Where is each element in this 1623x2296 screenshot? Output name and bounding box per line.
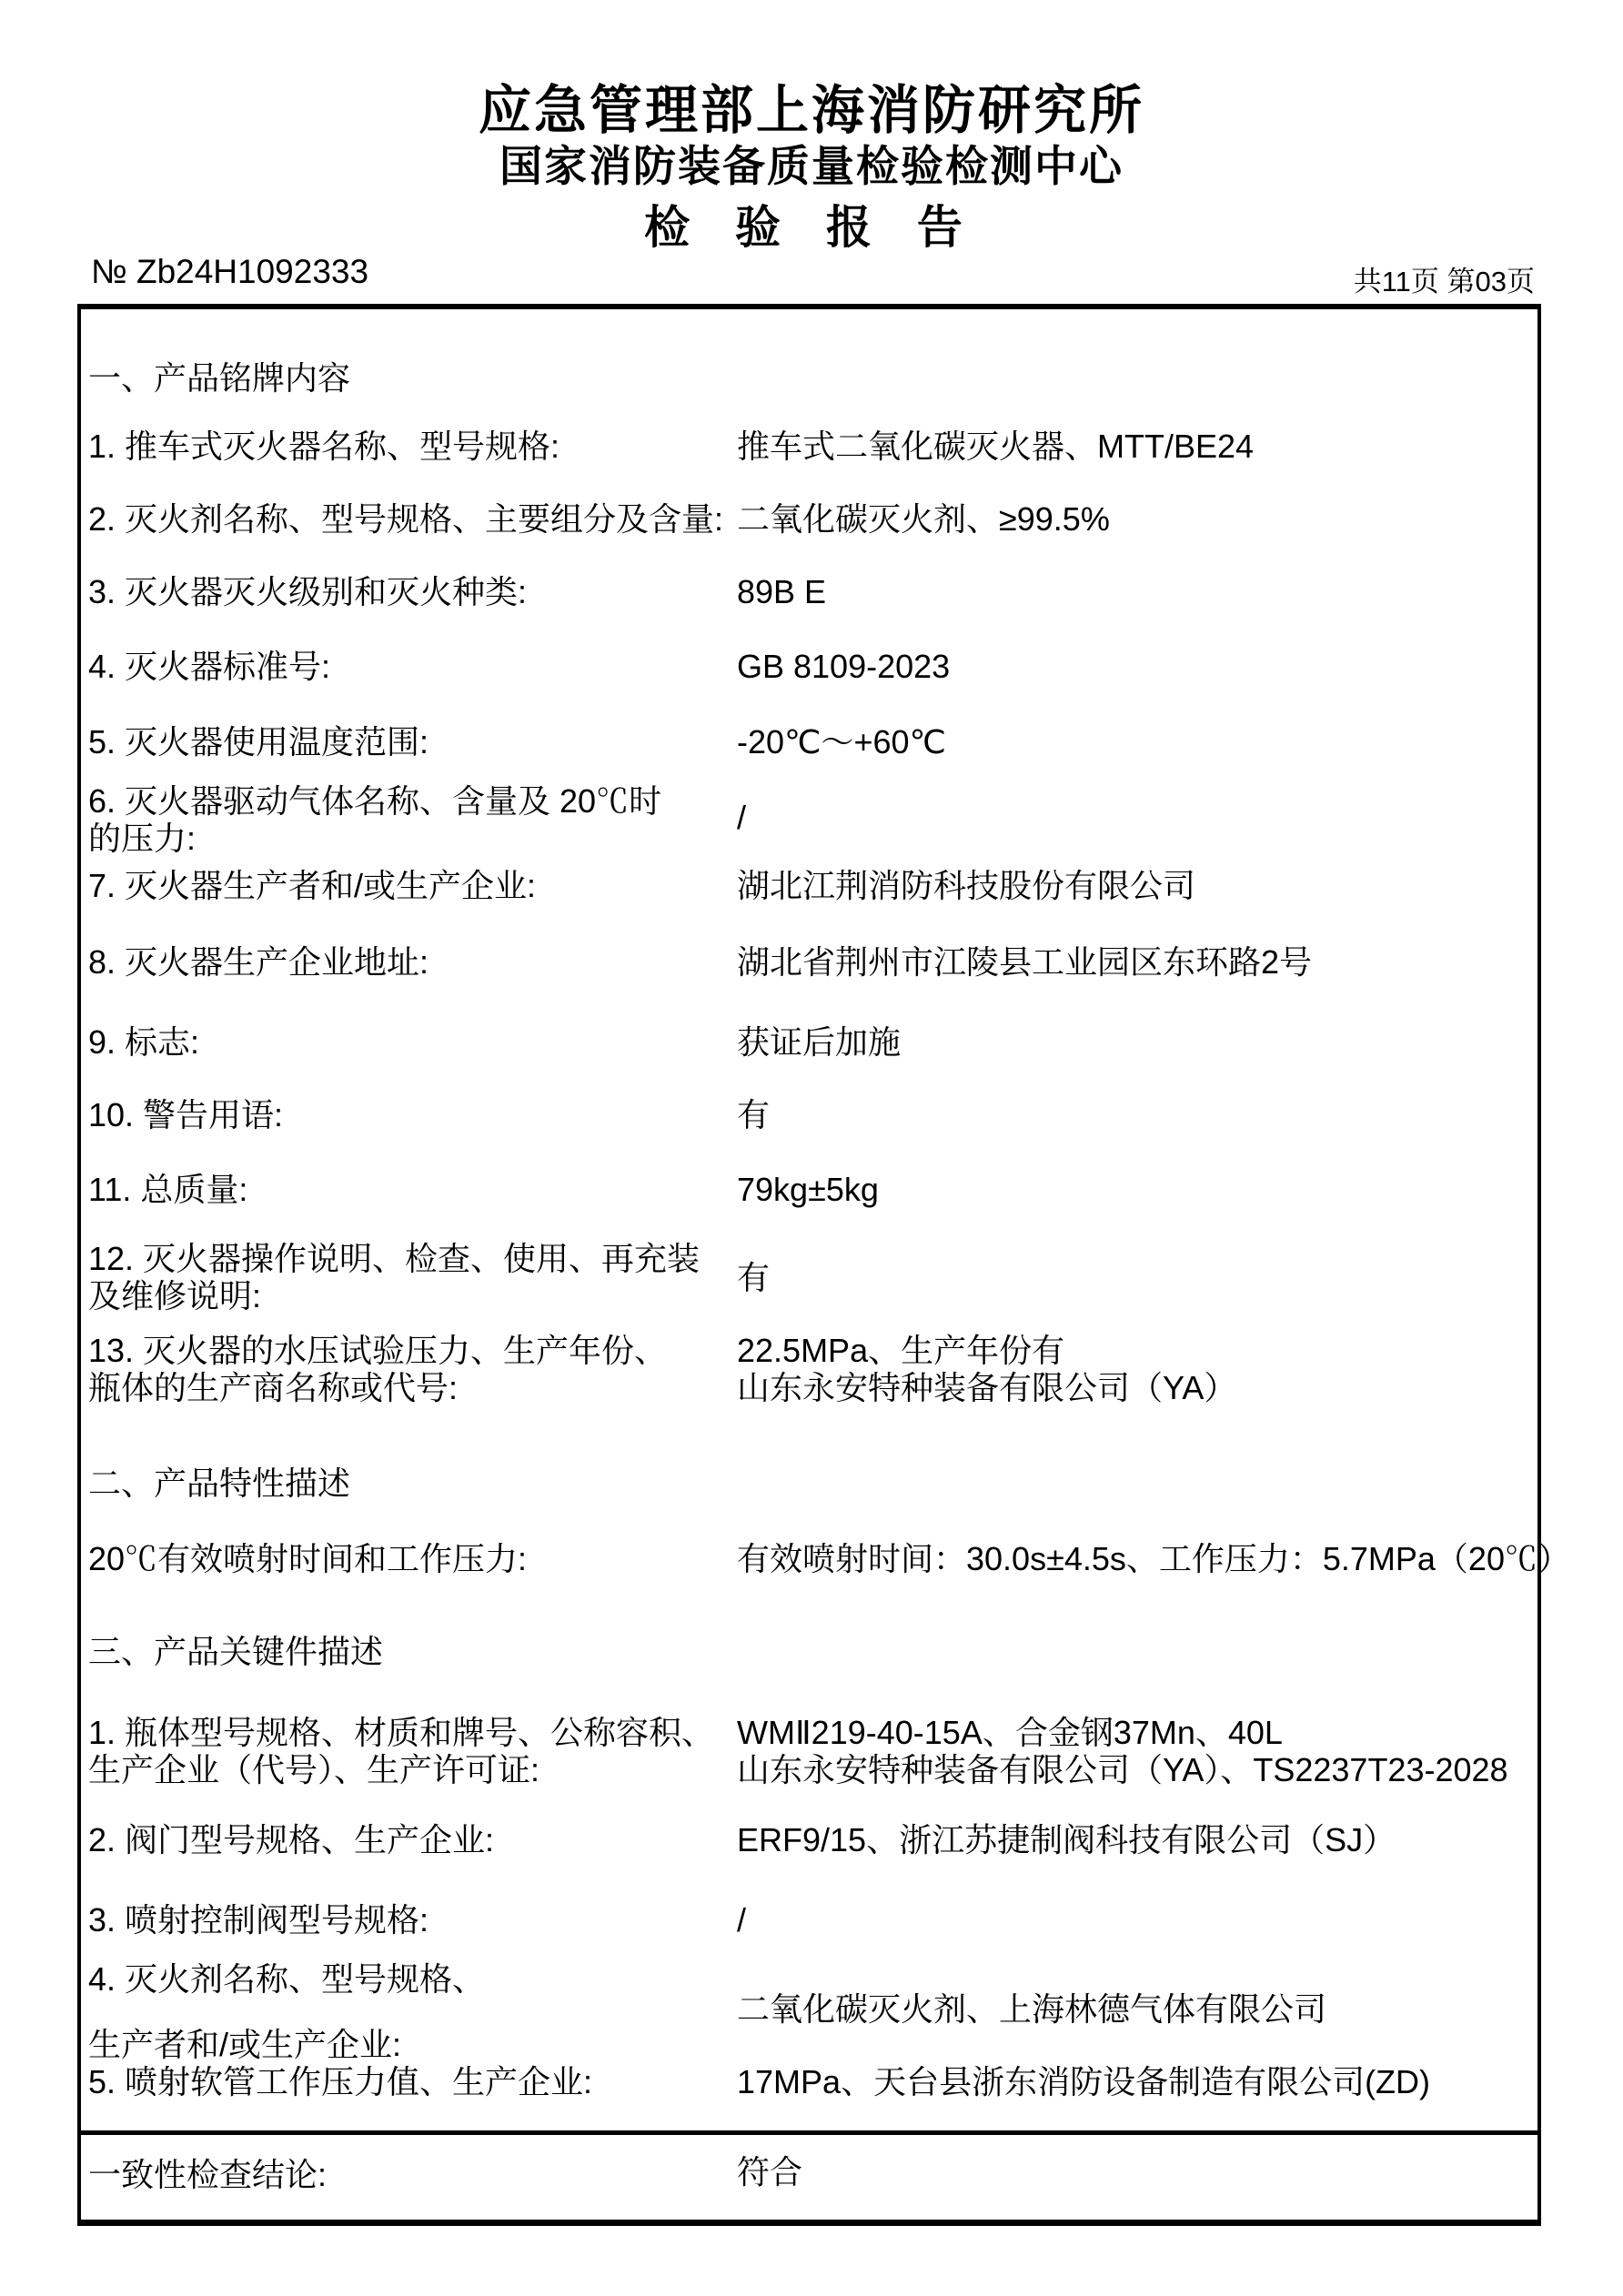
row-value: 17MPa、天台县浙东消防设备制造有限公司(ZD) xyxy=(737,2063,1430,2100)
row-value: 89B E xyxy=(737,573,826,610)
row-value: 湖北省荆州市江陵县工业园区东环路2号 xyxy=(737,943,1312,981)
row-label: 20℃有效喷射时间和工作压力: xyxy=(88,1540,527,1577)
row-value: WMⅡ219-40-15A、合金钢37Mn、40L 山东永安特种装备有限公司（Y… xyxy=(737,1714,1508,1788)
section3-heading: 三、产品关键件描述 xyxy=(88,1633,383,1670)
section2-heading: 二、产品特性描述 xyxy=(88,1465,350,1502)
row-value: 有效喷射时间：30.0s±4.5s、工作压力：5.7MPa（20℃） xyxy=(737,1540,1570,1577)
row-label: 4. 灭火器标准号: xyxy=(88,648,330,685)
row-label: 13. 灭火器的水压试验压力、生产年份、 瓶体的生产商名称或代号: xyxy=(88,1332,667,1406)
row-label: 8. 灭火器生产企业地址: xyxy=(88,943,428,981)
row-value: 有 xyxy=(737,1096,770,1133)
page-indicator: 共11页 第03页 xyxy=(1354,258,1535,299)
row-value: ERF9/15、浙江苏捷制阀科技有限公司（SJ） xyxy=(737,1821,1396,1858)
row-label: 7. 灭火器生产者和/或生产企业: xyxy=(88,867,536,904)
conclusion-label: 一致性检查结论: xyxy=(88,2156,327,2193)
row-value: 79kg±5kg xyxy=(737,1171,879,1208)
inspection-report-page: { "header": { "org": "应急管理部上海消防研究所", "ce… xyxy=(0,0,1623,2296)
row-label: 5. 喷射软管工作压力值、生产企业: xyxy=(88,2063,592,2100)
table-divider xyxy=(77,2130,1541,2135)
row-value: 湖北江荆消防科技股份有限公司 xyxy=(737,867,1195,904)
row-label: 3. 喷射控制阀型号规格: xyxy=(88,1901,428,1939)
row-label: 5. 灭火器使用温度范围: xyxy=(88,723,428,760)
row-label: 2. 阀门型号规格、生产企业: xyxy=(88,1821,494,1858)
row-label: 3. 灭火器灭火级别和灭火种类: xyxy=(88,573,527,610)
report-number: № Zb24H1092333 xyxy=(91,253,368,291)
row-label: 10. 警告用语: xyxy=(88,1096,283,1133)
row-label: 12. 灭火器操作说明、检查、使用、再充装 及维修说明: xyxy=(88,1240,700,1314)
row-value: 有 xyxy=(737,1259,770,1296)
row-value: 获证后加施 xyxy=(737,1023,901,1061)
report-title: 检 验 报 告 xyxy=(0,191,1623,257)
row-label: 1. 瓶体型号规格、材质和牌号、公称容积、 生产企业（代号）、生产许可证: xyxy=(88,1714,714,1788)
row-value: 22.5MPa、生产年份有 山东永安特种装备有限公司（YA） xyxy=(737,1332,1236,1406)
row-label: 2. 灭火剂名称、型号规格、主要组分及含量: xyxy=(88,500,723,538)
row-value: 推车式二氧化碳灭火器、MTT/BE24 xyxy=(737,428,1254,465)
center-name: 国家消防装备质量检验检测中心 xyxy=(0,133,1623,194)
row-label: 1. 推车式灭火器名称、型号规格: xyxy=(88,428,559,465)
row-value: / xyxy=(737,1901,746,1939)
row-label: 生产者和/或生产企业: xyxy=(88,2026,401,2063)
row-value: 二氧化碳灭火剂、≥99.5% xyxy=(737,500,1110,538)
row-label: 9. 标志: xyxy=(88,1023,199,1061)
row-value: 二氧化碳灭火剂、上海林德气体有限公司 xyxy=(737,1990,1326,2028)
conclusion-value: 符合 xyxy=(737,2153,802,2190)
row-value: -20℃～+60℃ xyxy=(737,723,946,760)
row-value: GB 8109-2023 xyxy=(737,648,950,685)
section1-heading: 一、产品铭牌内容 xyxy=(88,359,350,397)
row-label: 11. 总质量: xyxy=(88,1171,247,1208)
row-label: 4. 灭火剂名称、型号规格、 xyxy=(88,1960,485,1998)
row-value: / xyxy=(737,799,746,836)
row-label: 6. 灭火器驱动气体名称、含量及 20℃时 的压力: xyxy=(88,782,661,857)
report-body-table: 一、产品铭牌内容 1. 推车式灭火器名称、型号规格: 推车式二氧化碳灭火器、MT… xyxy=(77,304,1541,2226)
